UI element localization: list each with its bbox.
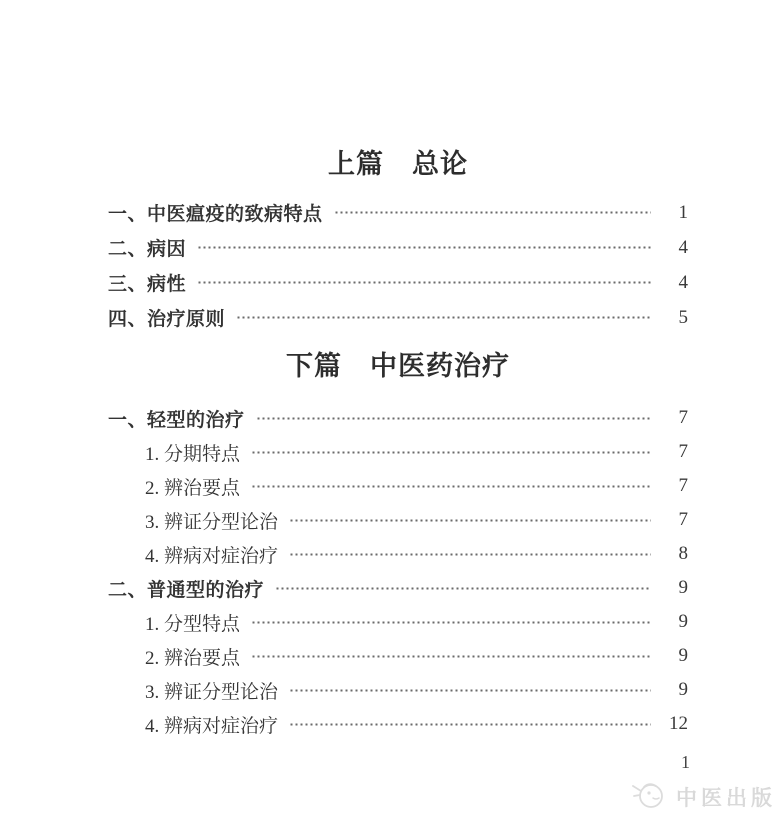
toc-entry: 3. 辨证分型论治 7 [108,503,688,537]
dot-leader [251,620,651,625]
toc-entry-label: 2. 辨治要点 [145,643,240,670]
dot-leader [251,654,651,659]
toc-entry-page: 1 [660,202,688,224]
toc-entry-label: 三、病性 [108,269,186,296]
toc-entry-label: 3. 辨证分型论治 [145,677,278,704]
toc-section-two: 一、轻型的治疗 7 1. 分期特点 7 2. 辨治要点 7 3. 辨证分型论治 … [108,401,688,741]
toc-entry-page: 4 [660,272,688,294]
toc-entry: 1. 分期特点 7 [108,435,688,469]
toc-entry-page: 7 [660,441,688,463]
toc-entry-page: 12 [660,713,688,735]
toc-entry-label: 二、普通型的治疗 [108,575,264,602]
toc-entry: 二、病因 4 [108,230,688,265]
toc-entry: 4. 辨病对症治疗 12 [108,707,688,741]
toc-entry-label: 3. 辨证分型论治 [145,507,278,534]
toc-entry-page: 9 [660,577,688,599]
dot-leader [289,552,651,557]
dot-leader [251,450,651,455]
publisher-name: 中医出版 [676,782,776,812]
toc-entry: 四、治疗原则 5 [108,300,688,335]
page-number: 1 [681,752,690,773]
toc-entry-page: 9 [660,611,688,633]
dot-leader [289,688,651,693]
dot-leader [236,315,651,320]
publisher-watermark: 中医出版 [629,777,776,816]
toc-entry: 2. 辨治要点 7 [108,469,688,503]
toc-entry: 一、中医瘟疫的致病特点 1 [108,195,688,230]
toc-entry: 3. 辨证分型论治 9 [108,673,688,707]
toc-entry-label: 1. 分型特点 [145,609,240,636]
dot-leader [289,722,651,727]
dot-leader [256,416,651,421]
toc-entry-page: 7 [660,509,688,531]
toc-entry: 4. 辨病对症治疗 8 [108,537,688,571]
toc-entry-label: 一、轻型的治疗 [108,405,245,432]
toc-entry: 2. 辨治要点 9 [108,639,688,673]
toc-entry-label: 一、中医瘟疫的致病特点 [108,199,323,226]
toc-entry-page: 4 [660,237,688,259]
toc-entry-label: 4. 辨病对症治疗 [145,711,278,738]
toc-entry: 一、轻型的治疗 7 [108,401,688,435]
toc-entry-page: 7 [660,475,688,497]
dot-leader [251,484,651,489]
toc-entry-label: 2. 辨治要点 [145,473,240,500]
dot-leader [289,518,651,523]
dot-leader [197,245,651,250]
publisher-logo-icon [629,777,667,816]
dot-leader [275,586,651,591]
dot-leader [197,280,651,285]
toc-entry-page: 9 [660,645,688,667]
toc-entry-page: 5 [660,307,688,329]
toc-entry-label: 二、病因 [108,234,186,261]
dot-leader [334,210,651,215]
toc-entry: 1. 分型特点 9 [108,605,688,639]
toc-entry-label: 四、治疗原则 [108,304,225,331]
section-title-part-two: 下篇 中医药治疗 [108,349,688,383]
toc-entry-label: 1. 分期特点 [145,439,240,466]
section-title-part-one: 上篇 总论 [108,147,688,181]
toc-entry-page: 7 [660,407,688,429]
toc-entry-page: 9 [660,679,688,701]
toc-entry: 二、普通型的治疗 9 [108,571,688,605]
toc-section-one: 一、中医瘟疫的致病特点 1 二、病因 4 三、病性 4 四、治疗原则 5 [108,195,688,335]
book-toc-page: 上篇 总论 一、中医瘟疫的致病特点 1 二、病因 4 三、病性 4 四、治疗原则… [0,0,780,826]
toc-entry-page: 8 [660,543,688,565]
toc-entry: 三、病性 4 [108,265,688,300]
toc-entry-label: 4. 辨病对症治疗 [145,541,278,568]
